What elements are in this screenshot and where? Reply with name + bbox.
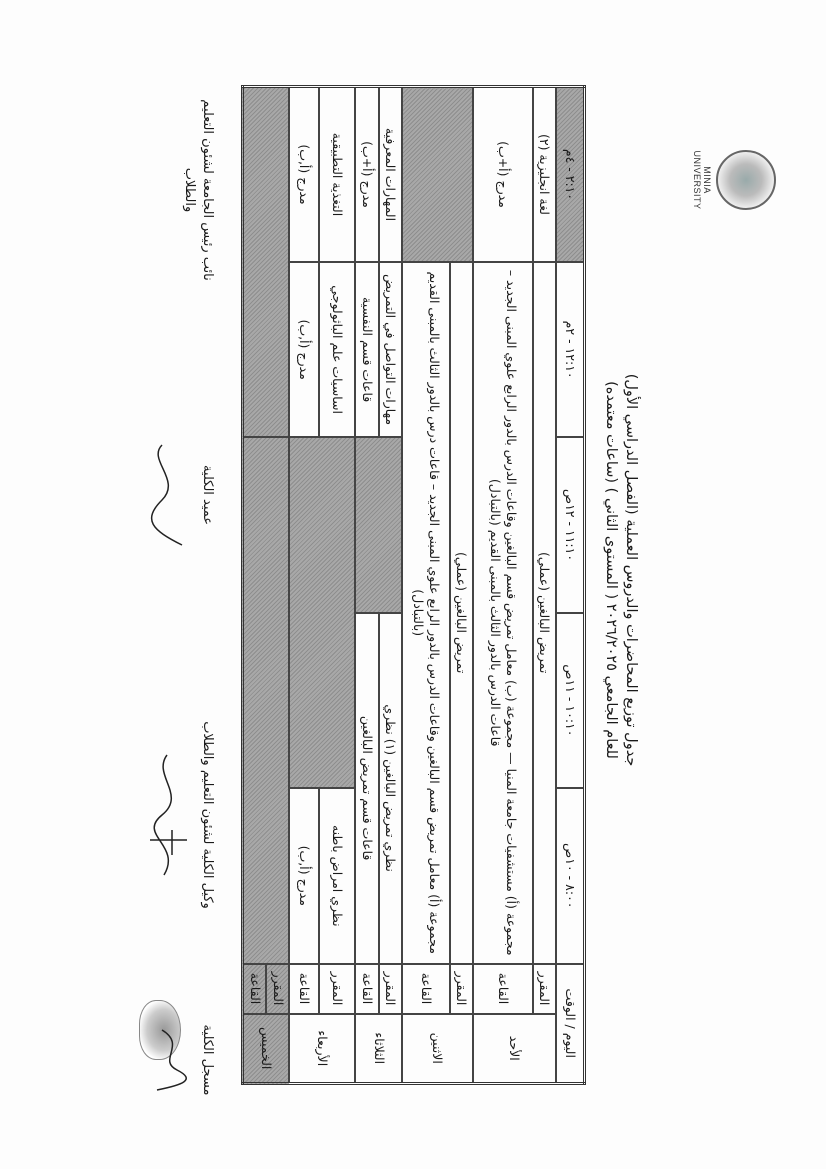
- hall-cell: مدرج (أ,ب): [289, 262, 319, 437]
- hall-cell: قاعات قسم تمريض البالغين: [355, 613, 378, 964]
- university-seal-icon: [716, 150, 776, 210]
- hall-cell: مجموعة (أ) مستشفيات جامعة المنيا — مجموع…: [473, 262, 533, 964]
- table-row: الأحد المقرر تمريض البالغين (عملي) لغة ا…: [533, 87, 556, 1084]
- signature-scribble-icon: [152, 1025, 192, 1095]
- empty-slot: [355, 437, 401, 612]
- hall-label: القاعة: [243, 964, 267, 1014]
- table-row: الأربعاء المقرر نظري امراض باطنه اساسيات…: [319, 87, 355, 1084]
- time-slot-4: ١٢:١٠ - ٢م: [556, 262, 585, 437]
- course-cell: نظري امراض باطنه: [319, 788, 355, 963]
- signature-dean: عميد الكلية: [147, 420, 216, 570]
- signature-vice-president: نائب رئيس الجامعة لشئون التعليم والطلاب: [180, 90, 216, 290]
- signature-title: نائب رئيس الجامعة لشئون التعليم والطلاب: [180, 90, 216, 290]
- hall-label: القاعة: [289, 964, 319, 1014]
- hall-cell: مدرج (أ,ب): [289, 788, 319, 963]
- hall-cell: مدرج (أ+ب): [473, 87, 533, 262]
- course-label: المقرر: [533, 964, 556, 1014]
- course-cell: المهارات المعرفية: [379, 87, 402, 262]
- course-label: المقرر: [450, 964, 473, 1014]
- course-cell: تمريض البالغين (عملي): [533, 262, 556, 964]
- corner-header: اليوم / الوقت: [556, 964, 585, 1084]
- title-line-1: جدول توزيع المحاضرات والدروس العملية (ال…: [621, 270, 641, 870]
- signature-title: عميد الكلية: [198, 420, 216, 570]
- university-name: MINIA UNIVERSITY: [692, 140, 712, 220]
- day-sunday: الأحد: [473, 1014, 556, 1084]
- course-label: المقرر: [266, 964, 289, 1014]
- hall-cell: مدرج (أ+ب): [355, 87, 378, 262]
- course-cell: لغة انجليزية (٢): [533, 87, 556, 262]
- time-slot-1: ٨:٠٠ - ١٠ص: [556, 788, 585, 963]
- day-monday: الاثنين: [402, 1014, 473, 1084]
- day-wednesday: الأربعاء: [289, 1014, 355, 1084]
- university-logo: MINIA UNIVERSITY: [681, 140, 776, 220]
- hall-cell: مدرج (أ,ب): [289, 87, 319, 262]
- empty-slot: [243, 437, 290, 963]
- signature-scribble-icon: [147, 440, 192, 550]
- table-row: الخميس المقرر: [266, 87, 289, 1084]
- day-tuesday: الثلاثاء: [355, 1014, 401, 1084]
- course-cell: التغذية التطبيقية: [319, 87, 355, 262]
- signature-vice-dean: وكيل الكلية لشئون التعليم والطلاب: [147, 700, 216, 930]
- empty-slot: [243, 87, 290, 438]
- header-row: اليوم / الوقت ٨:٠٠ - ١٠ص ١٠:١٠ - ١١ص ١١:…: [556, 87, 585, 1084]
- schedule-sheet: MINIA UNIVERSITY جدول توزيع المحاضرات وا…: [0, 0, 826, 1169]
- table-row: القاعة مجموعة (أ) مستشفيات جامعة المنيا …: [473, 87, 533, 1084]
- empty-slot: [289, 437, 355, 788]
- hall-cell: مجموعة (أ) معامل تمريض قسم البالغين وقاع…: [402, 262, 450, 964]
- course-cell: مهارات التواصل في التمريض: [379, 262, 402, 437]
- course-cell: تمريض البالغين (عملي): [450, 262, 473, 964]
- signature-title: مسجل الكلية: [198, 1000, 216, 1120]
- hall-label: القاعة: [355, 964, 378, 1014]
- table-row: الثلاثاء المقرر نظري تمريض البالغين (١) …: [379, 87, 402, 1084]
- empty-slot: [402, 87, 473, 262]
- signature-scribble-icon: [147, 745, 192, 885]
- schedule-table: اليوم / الوقت ٨:٠٠ - ١٠ص ١٠:١٠ - ١١ص ١١:…: [241, 85, 586, 1085]
- time-slot-2: ١٠:١٠ - ١١ص: [556, 613, 585, 788]
- course-cell: اساسيات علم الباثولوجي: [319, 262, 355, 437]
- hall-label: القاعة: [473, 964, 533, 1014]
- day-thursday: الخميس: [243, 1014, 290, 1084]
- time-slot-5: ٢:١٠ - ٤م: [556, 87, 585, 262]
- time-slot-3: ١١:١٠ - ١٢ص: [556, 437, 585, 612]
- signature-registrar: مسجل الكلية: [152, 1000, 216, 1120]
- course-cell: نظري تمريض البالغين (١) نظري: [379, 613, 402, 964]
- course-label: المقرر: [379, 964, 402, 1014]
- page-title: جدول توزيع المحاضرات والدروس العملية (ال…: [601, 270, 641, 870]
- table-row: الاثنين المقرر تمريض البالغين (عملي): [450, 87, 473, 1084]
- hall-label: القاعة: [402, 964, 450, 1014]
- signature-title: وكيل الكلية لشئون التعليم والطلاب: [198, 700, 216, 930]
- course-label: المقرر: [319, 964, 355, 1014]
- hall-cell: قاعات قسم النفسية: [355, 262, 378, 437]
- title-line-2: للعام الجامعي ٢٠٢٦/٢٠٢٥ ( المستوى الثاني…: [601, 270, 621, 870]
